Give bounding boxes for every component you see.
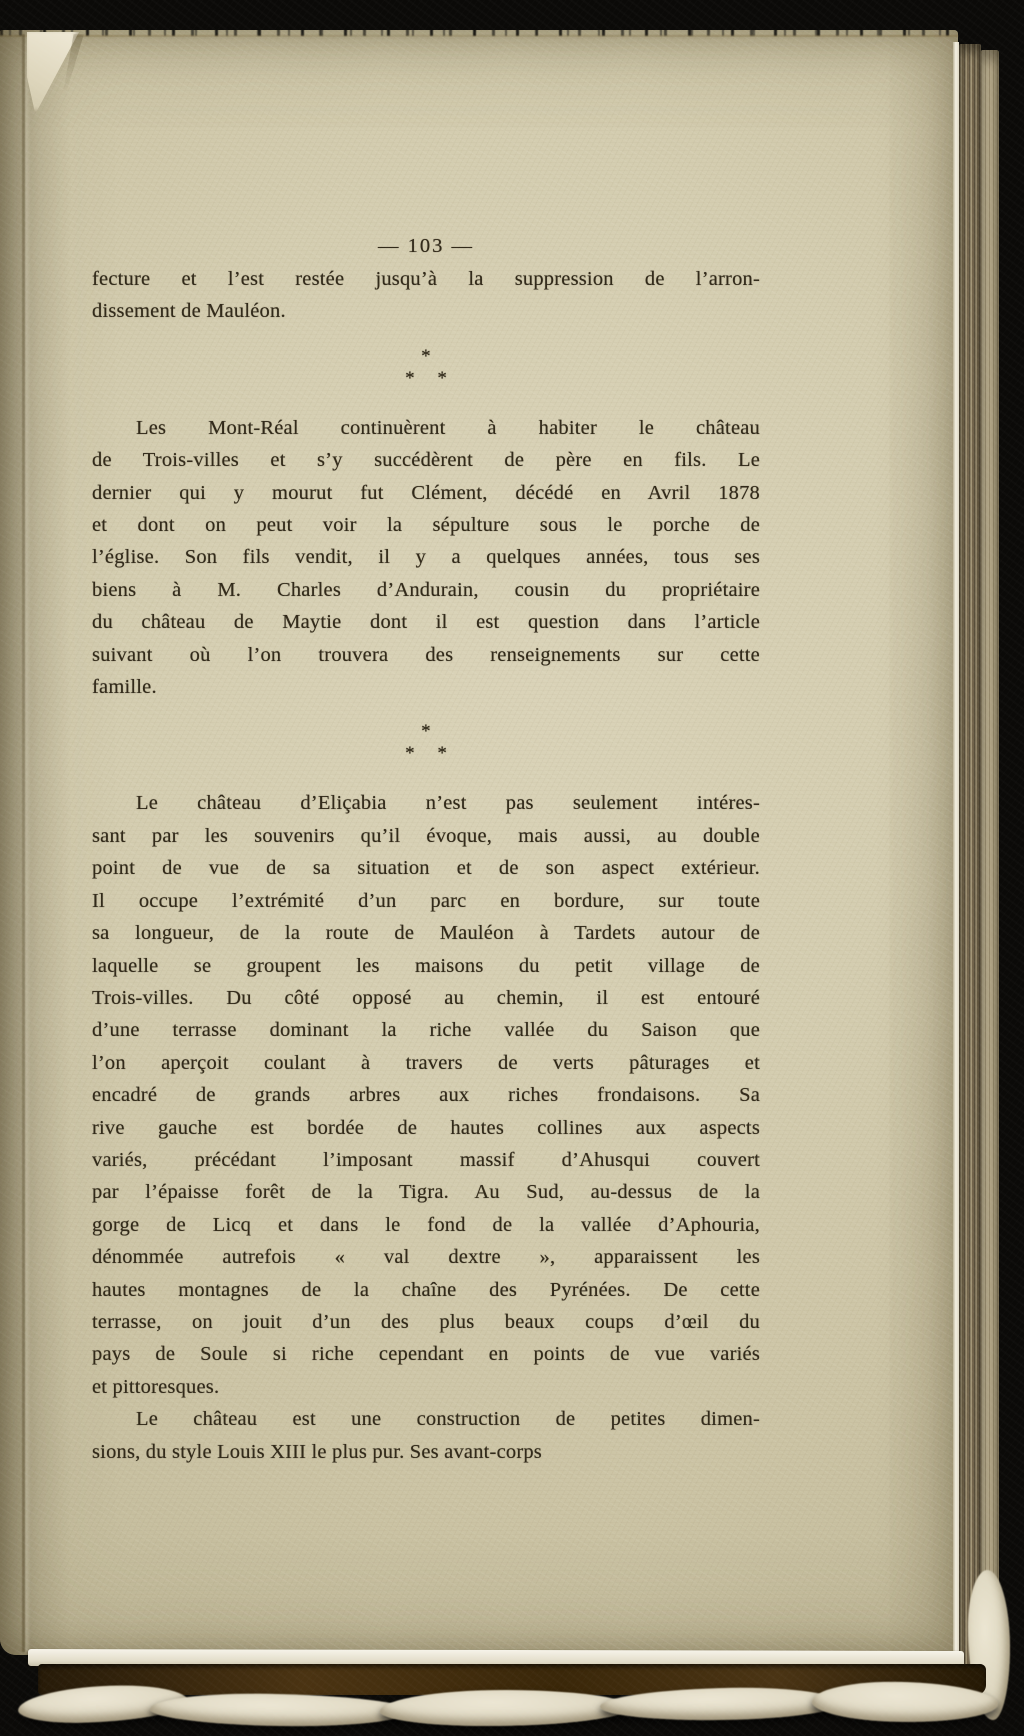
separator-asterisk: * xyxy=(92,346,760,368)
separator-asterisks: * * xyxy=(92,743,760,765)
fore-edge-stack-inner xyxy=(959,44,981,1680)
text-line: terrasse, on jouit d’un des plus beaux c… xyxy=(92,1306,760,1338)
gutter-shadow xyxy=(0,30,70,1655)
text-line: Le château est une construction de petit… xyxy=(92,1403,760,1435)
text-line: l’on aperçoit coulant à travers de verts… xyxy=(92,1047,760,1079)
text-line: hautes montagnes de la chaîne des Pyréné… xyxy=(92,1274,760,1306)
text-line: encadré de grands arbres aux riches fron… xyxy=(92,1079,760,1111)
text-line: Il occupe l’extrémité d’un parc en bordu… xyxy=(92,885,760,917)
deckle-top-shadow xyxy=(0,35,958,37)
text-line: pays de Soule si riche cependant en poin… xyxy=(92,1338,760,1370)
text-line: Les Mont-Réal continuèrent à habiter le … xyxy=(92,412,760,444)
text-line: variés, précédant l’imposant massif d’Ah… xyxy=(92,1144,760,1176)
paragraph: Le château d’Eliçabia n’est pas seulemen… xyxy=(92,787,760,1403)
paragraph: Les Mont-Réal continuèrent à habiter le … xyxy=(92,412,760,704)
text-line: biens à M. Charles d’Andurain, cousin du… xyxy=(92,574,760,606)
page-number: — 103 — xyxy=(92,230,760,263)
text-line: famille. xyxy=(92,671,760,703)
text-line: dernier qui y mourut fut Clément, décédé… xyxy=(92,477,760,509)
text-column: — 103 — fecture et l’est restée jusqu’à … xyxy=(92,230,760,1468)
text-line: dissement de Mauléon. xyxy=(92,295,760,327)
text-line: par l’épaisse forêt de la Tigra. Au Sud,… xyxy=(92,1176,760,1208)
text-line: du château de Maytie dont il est questio… xyxy=(92,606,760,638)
text-line: rive gauche est bordée de hautes colline… xyxy=(92,1112,760,1144)
text-line: l’église. Son fils vendit, il y a quelqu… xyxy=(92,541,760,573)
paragraph: Le château est une construction de petit… xyxy=(92,1403,760,1468)
text-line: d’une terrasse dominant la riche vallée … xyxy=(92,1014,760,1046)
text-line: sant par les souvenirs qu’il évoque, mai… xyxy=(92,820,760,852)
separator-asterisks: * * xyxy=(92,368,760,390)
text-line: suivant où l’on trouvera des renseigneme… xyxy=(92,639,760,671)
photo-stage: — 103 — fecture et l’est restée jusqu’à … xyxy=(0,0,1024,1736)
paragraph: fecture et l’est restée jusqu’à la suppr… xyxy=(92,263,760,328)
section-separator: ** * xyxy=(92,721,760,769)
book-page: — 103 — fecture et l’est restée jusqu’à … xyxy=(0,30,958,1655)
text-line: point de vue de sa situation et de son a… xyxy=(92,852,760,884)
text-line: et dont on peut voir la sépulture sous l… xyxy=(92,509,760,541)
text-line: gorge de Licq et dans le fond de la vall… xyxy=(92,1209,760,1241)
bottom-deckle-ruffle xyxy=(150,1692,411,1729)
text-line: de Trois-villes et s’y succédèrent de pè… xyxy=(92,444,760,476)
separator-asterisk: * xyxy=(92,721,760,743)
text-line: et pittoresques. xyxy=(92,1371,760,1403)
text-line: Le château d’Eliçabia n’est pas seulemen… xyxy=(92,787,760,819)
text-line: Trois-villes. Du côté opposé au chemin, … xyxy=(92,982,760,1014)
text-line: fecture et l’est restée jusqu’à la suppr… xyxy=(92,263,760,295)
text-line: sions, du style Louis XIII le plus pur. … xyxy=(92,1436,760,1468)
text-line: dénommée autrefois « val dextre », appar… xyxy=(92,1241,760,1273)
fore-edge-stack-outer xyxy=(981,50,999,1692)
bottom-deckle-ruffle xyxy=(380,1690,630,1726)
text-line: laquelle se groupent les maisons du peti… xyxy=(92,950,760,982)
section-separator: ** * xyxy=(92,346,760,394)
gutter-crease xyxy=(22,34,25,1652)
text-blocks: fecture et l’est restée jusqu’à la suppr… xyxy=(92,263,760,1468)
text-line: sa longueur, de la route de Mauléon à Ta… xyxy=(92,917,760,949)
